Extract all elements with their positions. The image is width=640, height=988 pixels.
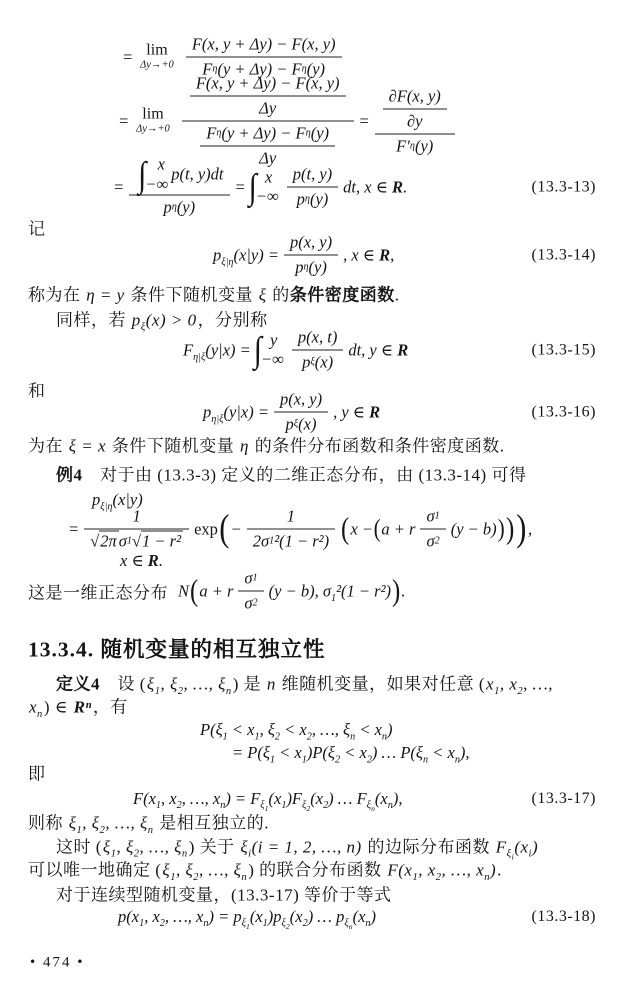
paragraph-conditional-distribution: 为在 ξ = x 条件下随机变量 η 的条件分布函数和条件密度函数. xyxy=(0,432,640,457)
integral: ∫ y −∞ xyxy=(254,332,284,368)
lower-limit: −∞ xyxy=(145,176,168,193)
numerator: ∂F(x, y) ∂y xyxy=(375,86,455,134)
numerator: F(x, y + Δy) − F(x, y) xyxy=(190,74,346,97)
denominator: σ2 xyxy=(238,592,263,614)
numerator: 1 xyxy=(84,507,189,530)
equation-13-3-18: p(x1, x2, …, xn) = pξ1(x1)pξ2(x2) … pξn(… xyxy=(0,907,640,927)
fraction: p(x, y) pξ(x) xyxy=(274,390,328,435)
equation-text: F(x1, x2, …, xn) = Fξ1(x1)Fξ2(x2) … Fξn(… xyxy=(133,789,402,809)
paragraph-text: 对于连续型随机变量，(13.3-17) 等价于等式 xyxy=(56,881,391,906)
paragraph-example-4: 例4 对于由 (13.3-3) 定义的二维正态分布，由 (13.3-14) 可得 xyxy=(0,461,640,486)
paragraph-definition-4-line2: xn) ∈ Rⁿ，有 xyxy=(0,693,640,718)
result-fraction: ∂F(x, y) ∂y F′η(y) xyxy=(375,86,455,156)
partial-derivative-fraction: ∂F(x, y) ∂y xyxy=(383,86,447,131)
minus-sign: − xyxy=(231,519,242,539)
denominator: ∂y xyxy=(383,109,447,131)
numerator: p(x, y) xyxy=(284,233,338,256)
integrand-fraction: p(t, y) pη(y) xyxy=(287,165,338,210)
normal-symbol: N xyxy=(178,581,189,601)
equals-sign: = xyxy=(359,111,370,131)
paragraph-text: 例4 对于由 (13.3-3) 定义的二维正态分布，由 (13.3-14) 可得 xyxy=(56,461,526,486)
paragraph-continuous: 对于连续型随机变量，(13.3-17) 等价于等式 xyxy=(0,881,640,906)
integral: ∫ x −∞ xyxy=(249,169,279,205)
big-paren-close: ) xyxy=(517,513,527,545)
equation-text: p(x1, x2, …, xn) = pξ1(x1)pξ2(x2) … pξn(… xyxy=(118,907,376,927)
equation-tail: dt, y ∈ R xyxy=(348,340,408,360)
denominator: √2πσ1√1 − r² xyxy=(84,530,189,552)
integrand-fraction: p(x, t) pξ(x) xyxy=(292,328,343,373)
equation-number: (13.3-14) xyxy=(532,246,596,264)
section-heading: 13.3.4. 随机变量的相互独立性 xyxy=(0,633,640,664)
equation-tail: dt, x ∈ R. xyxy=(343,177,407,197)
left-hand-side: Fη|ξ(y|x) = xyxy=(183,340,251,360)
integral: ∫ x −∞ xyxy=(138,157,168,193)
equation-13-3-17: F(x1, x2, …, xn) = Fξ1(x1)Fξ2(x2) … Fξn(… xyxy=(0,789,640,809)
upper-limit: x xyxy=(154,157,168,174)
big-paren-open: ( xyxy=(219,513,229,545)
outer-fraction: F(x, y + Δy) − F(x, y) Δy Fη(y + Δy) − F… xyxy=(182,74,354,169)
textbook-page: = lim Δy→+0 F(x, y + Δy) − F(x, y) Fη(y … xyxy=(0,0,640,988)
equation-13-3-14: pξ|η(x|y) = p(x, y) pη(y) , x ∈ R, (13.3… xyxy=(0,233,640,278)
paragraph-ji2: 即 xyxy=(0,760,640,785)
denominator: F′η(y) xyxy=(375,134,455,156)
paragraph-conditional-density: 称为在 η = y 条件下随机变量 ξ 的条件密度函数. xyxy=(0,281,640,306)
numerator: p(x, t) xyxy=(292,328,343,351)
denominator: Δy xyxy=(190,97,346,119)
numerator: ∫ x −∞ p(t, y)dt xyxy=(129,157,229,196)
numerator: σ1 xyxy=(420,507,445,530)
paragraph-text: 为在 ξ = x 条件下随机变量 η 的条件分布函数和条件密度函数. xyxy=(28,432,504,457)
numerator: 1 xyxy=(247,507,335,530)
numerator: ∂F(x, y) xyxy=(383,86,447,109)
paragraph-text: 称为在 η = y 条件下随机变量 ξ 的条件密度函数. xyxy=(28,281,399,306)
sigma-ratio-fraction: σ1 σ2 xyxy=(420,507,445,552)
integral-sign: ∫ xyxy=(249,171,257,203)
numerator: F(x, y + Δy) − F(x, y) xyxy=(186,35,342,58)
inner-paren-open: ( xyxy=(374,518,381,539)
section-heading-text: 13.3.4. 随机变量的相互独立性 xyxy=(28,633,326,664)
equation-normal-density: = 1 √2πσ1√1 − r² exp ( − 1 2σ1²(1 − r²) … xyxy=(0,507,640,552)
integral-limits: x −∞ xyxy=(258,169,279,205)
paragraph-text: 这是一维正态分布 xyxy=(28,579,168,604)
integral-limits: x −∞ xyxy=(147,157,168,193)
paragraph-text: 则称 ξ1, ξ2, …, ξn 是相互独立的. xyxy=(28,809,269,834)
left-hand-side: pη|ξ(y|x) = xyxy=(203,402,269,422)
mid-paren-open: ( xyxy=(341,516,349,542)
equation-text: P(ξ1 < x1, ξ2 < x2, …, ξn < xn) xyxy=(200,720,393,740)
limit-operator: lim Δy→+0 xyxy=(136,107,170,136)
a-plus-r: a + r xyxy=(381,519,415,539)
equation-number: (13.3-15) xyxy=(532,341,596,359)
paragraph-text: 这时 (ξ1, ξ2, …, ξn) 关于 ξi(i = 1, 2, …, n)… xyxy=(56,832,539,858)
numerator: Fη(y + Δy) − Fη(y) xyxy=(200,124,335,147)
equation-number: (13.3-13) xyxy=(532,178,596,196)
lim-word: lim xyxy=(146,43,167,59)
big-paren-open: ( xyxy=(190,578,198,604)
integral-sign: ∫ xyxy=(138,158,146,190)
equation-derivation-2: = lim Δy→+0 F(x, y + Δy) − F(x, y) Δy Fη… xyxy=(0,74,640,169)
paragraph-text: 即 xyxy=(28,760,46,785)
equation-13-3-16: pη|ξ(y|x) = p(x, y) pξ(x) , y ∈ R (13.3-… xyxy=(0,390,640,435)
x-minus: x − xyxy=(350,519,373,539)
inner-fraction-top: F(x, y + Δy) − F(x, y) Δy xyxy=(190,74,346,119)
outer-numerator: F(x, y + Δy) − F(x, y) Δy xyxy=(182,74,354,122)
equals-sign: = xyxy=(122,47,133,67)
left-hand-side: pξ|η(x|y) = xyxy=(213,245,279,265)
comma: , xyxy=(528,519,532,539)
numerator: p(t, y) xyxy=(287,165,338,188)
lim-subscript: Δy→+0 xyxy=(140,61,174,72)
equals-sign: = xyxy=(235,177,246,197)
equation-number: (13.3-17) xyxy=(532,790,596,808)
integrand: p(t, y)dt xyxy=(171,165,223,185)
denominator: 2σ1²(1 − r²) xyxy=(247,530,335,552)
paragraph-independence: 则称 ξ1, ξ2, …, ξn 是相互独立的. xyxy=(0,809,640,834)
lim-word: lim xyxy=(142,107,163,123)
y-minus-b: (y − b) xyxy=(451,519,497,539)
coefficient-fraction: 1 √2πσ1√1 − r² xyxy=(84,507,189,552)
paragraph-text: 定义4 设 (ξ1, ξ2, …, ξn) 是 n 维随机变量，如果对任意 (x… xyxy=(56,670,554,695)
denominator: pη(y) xyxy=(287,188,338,210)
equation-number: (13.3-18) xyxy=(532,908,596,926)
paragraph-text: xn) ∈ Rⁿ，有 xyxy=(28,693,128,718)
denominator: pξ(x) xyxy=(292,351,343,373)
equals-sign: = xyxy=(68,519,79,539)
period: . xyxy=(401,581,405,601)
equation-13-3-15: Fη|ξ(y|x) = ∫ y −∞ p(x, t) pξ(x) dt, y ∈… xyxy=(0,328,640,373)
integral-limits: y −∞ xyxy=(263,332,284,368)
upper-limit: x xyxy=(265,169,279,186)
numerator: σ1 xyxy=(238,569,263,592)
equation-number: (13.3-16) xyxy=(532,403,596,421)
paragraph-text: 可以唯一地确定 (ξ1, ξ2, …, ξn) 的联合分布函数 F(x1, x2… xyxy=(28,856,502,881)
equation-probability-joint: P(ξ1 < x1, ξ2 < x2, …, ξn < xn) xyxy=(0,720,640,740)
equals-sign: = xyxy=(118,111,129,131)
equation-tail: , y ∈ R xyxy=(333,402,380,422)
equals-sign: = xyxy=(113,177,124,197)
inner-paren-close: ) xyxy=(497,518,504,539)
equation-tail: , x ∈ R, xyxy=(343,245,394,265)
numerator: p(x, y) xyxy=(274,390,328,413)
sigma-ratio-fraction: σ1 σ2 xyxy=(238,569,263,614)
fraction: ∫ x −∞ p(t, y)dt pη(y) xyxy=(129,157,229,218)
paragraph-marginal-line2: 可以唯一地确定 (ξ1, ξ2, …, ξn) 的联合分布函数 F(x1, x2… xyxy=(0,856,640,881)
page-number-text: • 474 • xyxy=(30,955,85,972)
lim-subscript: Δy→+0 xyxy=(136,125,170,136)
exponent-fraction: 1 2σ1²(1 − r²) xyxy=(247,507,335,552)
variance-term: (y − b), σ1²(1 − r²) xyxy=(269,581,391,601)
limit-operator: lim Δy→+0 xyxy=(140,43,174,72)
paragraph-normal-distribution: 这是一维正态分布 N ( a + r σ1 σ2 (y − b), σ1²(1 … xyxy=(0,569,640,614)
mid-paren-close: ) xyxy=(506,516,514,542)
lower-limit: −∞ xyxy=(256,189,279,206)
paragraph-marginal-line1: 这时 (ξ1, ξ2, …, ξn) 关于 ξi(i = 1, 2, …, n)… xyxy=(0,832,640,858)
big-paren-close: ) xyxy=(392,578,400,604)
lower-limit: −∞ xyxy=(261,352,284,369)
denominator: pη(y) xyxy=(284,256,338,278)
denominator: σ2 xyxy=(420,530,445,552)
equation-13-3-13: = ∫ x −∞ p(t, y)dt pη(y) = ∫ x −∞ xyxy=(0,157,640,218)
exp-operator: exp xyxy=(194,519,218,539)
mean-term: a + r xyxy=(199,581,233,601)
fraction: p(x, y) pη(y) xyxy=(284,233,338,278)
paragraph-definition-4-line1: 定义4 设 (ξ1, ξ2, …, ξn) 是 n 维随机变量，如果对任意 (x… xyxy=(0,670,640,695)
integral-sign: ∫ xyxy=(254,334,262,366)
upper-limit: y xyxy=(270,332,284,349)
page-number: • 474 • xyxy=(0,955,640,972)
